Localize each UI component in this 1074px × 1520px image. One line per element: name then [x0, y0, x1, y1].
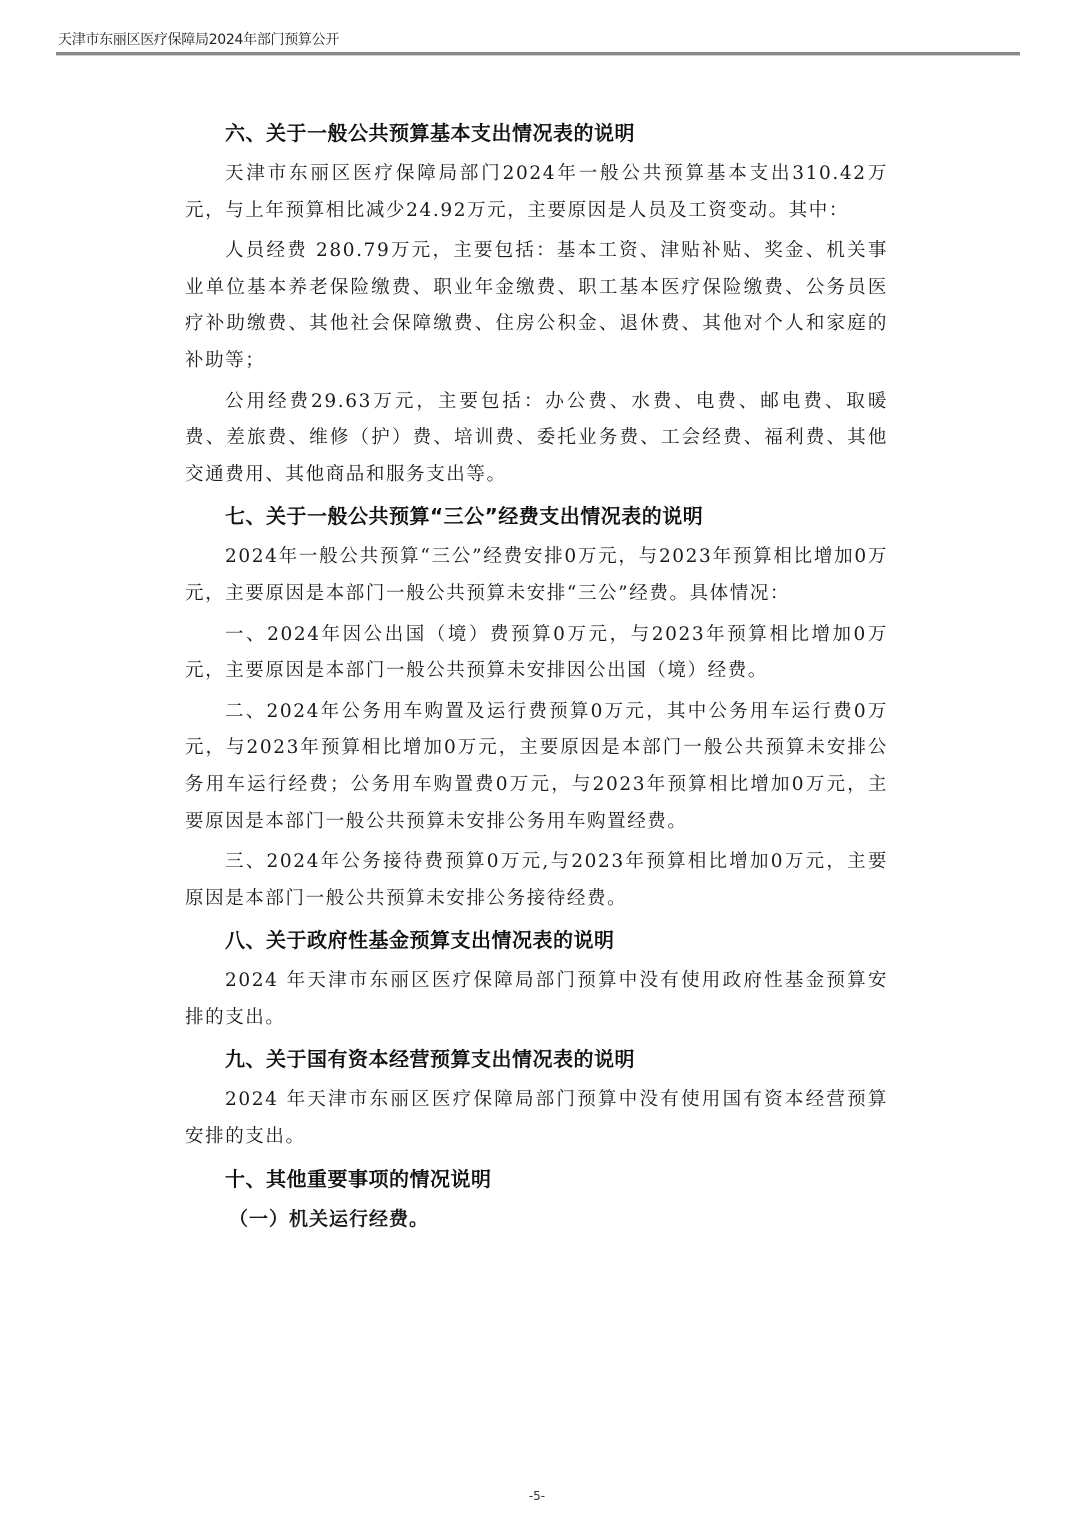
paragraph: 天津市东丽区医疗保障局部门2024年一般公共预算基本支出310.42万元，与上年…	[185, 156, 888, 229]
page-number: -5-	[0, 1489, 1074, 1503]
paragraph: 人员经费 280.79万元，主要包括：基本工资、津贴补贴、奖金、机关事业单位基本…	[185, 233, 888, 379]
paragraph: 2024年一般公共预算“三公”经费安排0万元，与2023年预算相比增加0万元，主…	[185, 539, 888, 612]
paragraph: 公用经费29.63万元，主要包括：办公费、水费、电费、邮电费、取暖费、差旅费、维…	[185, 384, 888, 494]
subsection-heading: （一）机关运行经费。	[185, 1202, 888, 1236]
paragraph: 一、2024年因公出国（境）费预算0万元，与2023年预算相比增加0万元，主要原…	[185, 617, 888, 690]
section-heading-8: 八、关于政府性基金预算支出情况表的说明	[185, 925, 888, 955]
section-heading-6: 六、关于一般公共预算基本支出情况表的说明	[185, 118, 888, 148]
page-header: 天津市东丽区医疗保障局2024年部门预算公开	[56, 30, 1020, 56]
document-body: 六、关于一般公共预算基本支出情况表的说明 天津市东丽区医疗保障局部门2024年一…	[185, 118, 888, 1236]
paragraph: 2024 年天津市东丽区医疗保障局部门预算中没有使用政府性基金预算安排的支出。	[185, 963, 888, 1036]
section-heading-10: 十、其他重要事项的情况说明	[185, 1164, 888, 1194]
paragraph: 2024 年天津市东丽区医疗保障局部门预算中没有使用国有资本经营预算安排的支出。	[185, 1082, 888, 1155]
header-divider	[56, 52, 1020, 56]
paragraph: 三、2024年公务接待费预算0万元,与2023年预算相比增加0万元，主要原因是本…	[185, 844, 888, 917]
paragraph: 二、2024年公务用车购置及运行费预算0万元，其中公务用车运行费0万元，与202…	[185, 694, 888, 840]
section-heading-7: 七、关于一般公共预算“三公”经费支出情况表的说明	[185, 501, 888, 531]
section-heading-9: 九、关于国有资本经营预算支出情况表的说明	[185, 1044, 888, 1074]
document-title: 天津市东丽区医疗保障局2024年部门预算公开	[56, 30, 1020, 50]
